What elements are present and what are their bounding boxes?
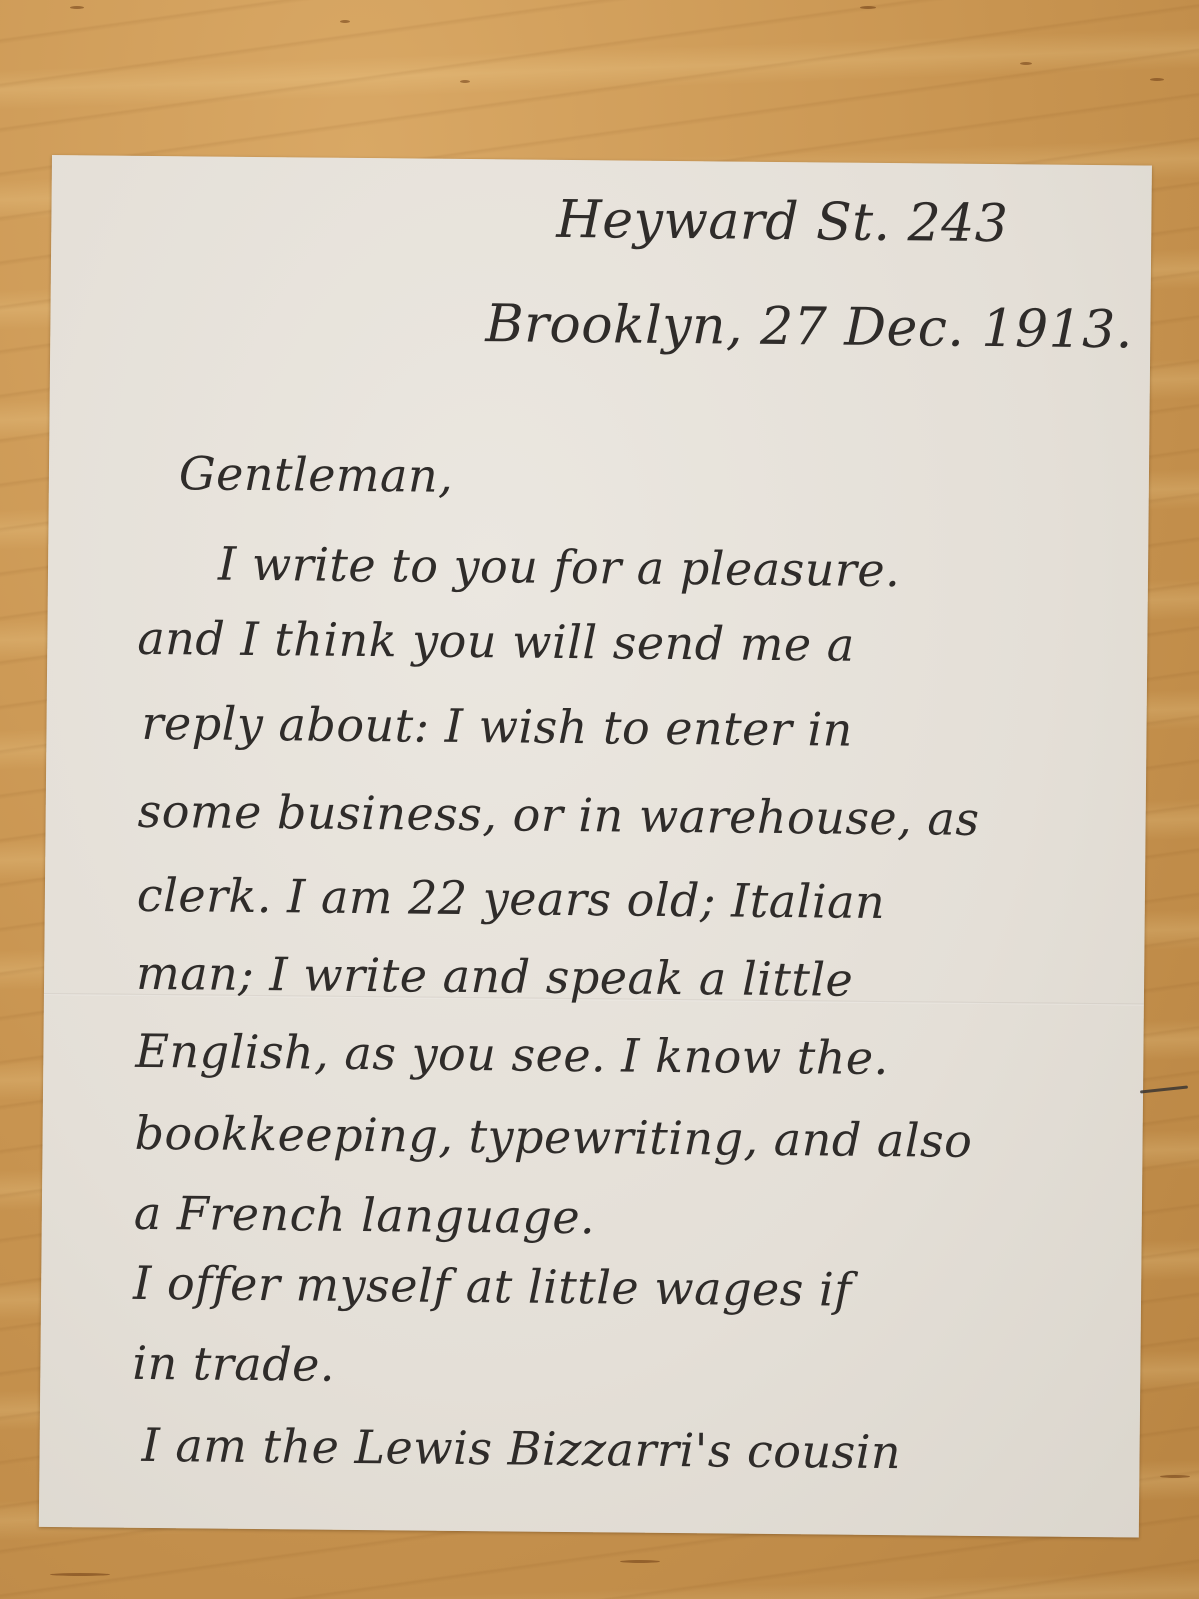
wood-grain-mark bbox=[1160, 1475, 1190, 1478]
letter-address: Heyward St. 243 bbox=[556, 190, 1009, 254]
letter-place-date: Brooklyn, 27 Dec. 1913. bbox=[485, 294, 1133, 360]
wood-grain-mark bbox=[1150, 78, 1164, 81]
wood-grain-mark bbox=[70, 6, 84, 9]
wood-grain-mark bbox=[460, 80, 470, 83]
letter-salutation: Gentleman, bbox=[179, 446, 454, 503]
letter-line: a French language. bbox=[134, 1186, 596, 1244]
letter-line: I offer myself at little wages if bbox=[133, 1256, 852, 1317]
ink-stroke-overflow bbox=[1140, 1085, 1188, 1093]
wood-grain-mark bbox=[860, 6, 876, 9]
letter-line: some business, or in warehouse, as bbox=[137, 784, 979, 846]
letter-line: I am the Lewis Bizzarri's cousin bbox=[141, 1418, 901, 1479]
letter-line: bookkeeping, typewriting, and also bbox=[134, 1106, 972, 1168]
wood-grain-mark bbox=[1020, 62, 1032, 65]
wood-grain-mark bbox=[50, 1573, 110, 1576]
letter-line: man; I write and speak a little bbox=[136, 946, 854, 1007]
letter-line: reply about: I wish to enter in bbox=[141, 696, 853, 757]
letter-line: clerk. I am 22 years old; Italian bbox=[137, 868, 886, 929]
letter-line: I write to you for a pleasure. bbox=[218, 537, 901, 598]
letter-line: English, as you see. I know the. bbox=[135, 1024, 889, 1085]
letter-line: in trade. bbox=[132, 1336, 335, 1392]
wood-grain-mark bbox=[620, 1560, 660, 1563]
letter-paper: Heyward St. 243 Brooklyn, 27 Dec. 1913. … bbox=[39, 155, 1152, 1537]
wood-grain-mark bbox=[340, 20, 350, 23]
letter-line: and I think you will send me a bbox=[137, 611, 855, 672]
